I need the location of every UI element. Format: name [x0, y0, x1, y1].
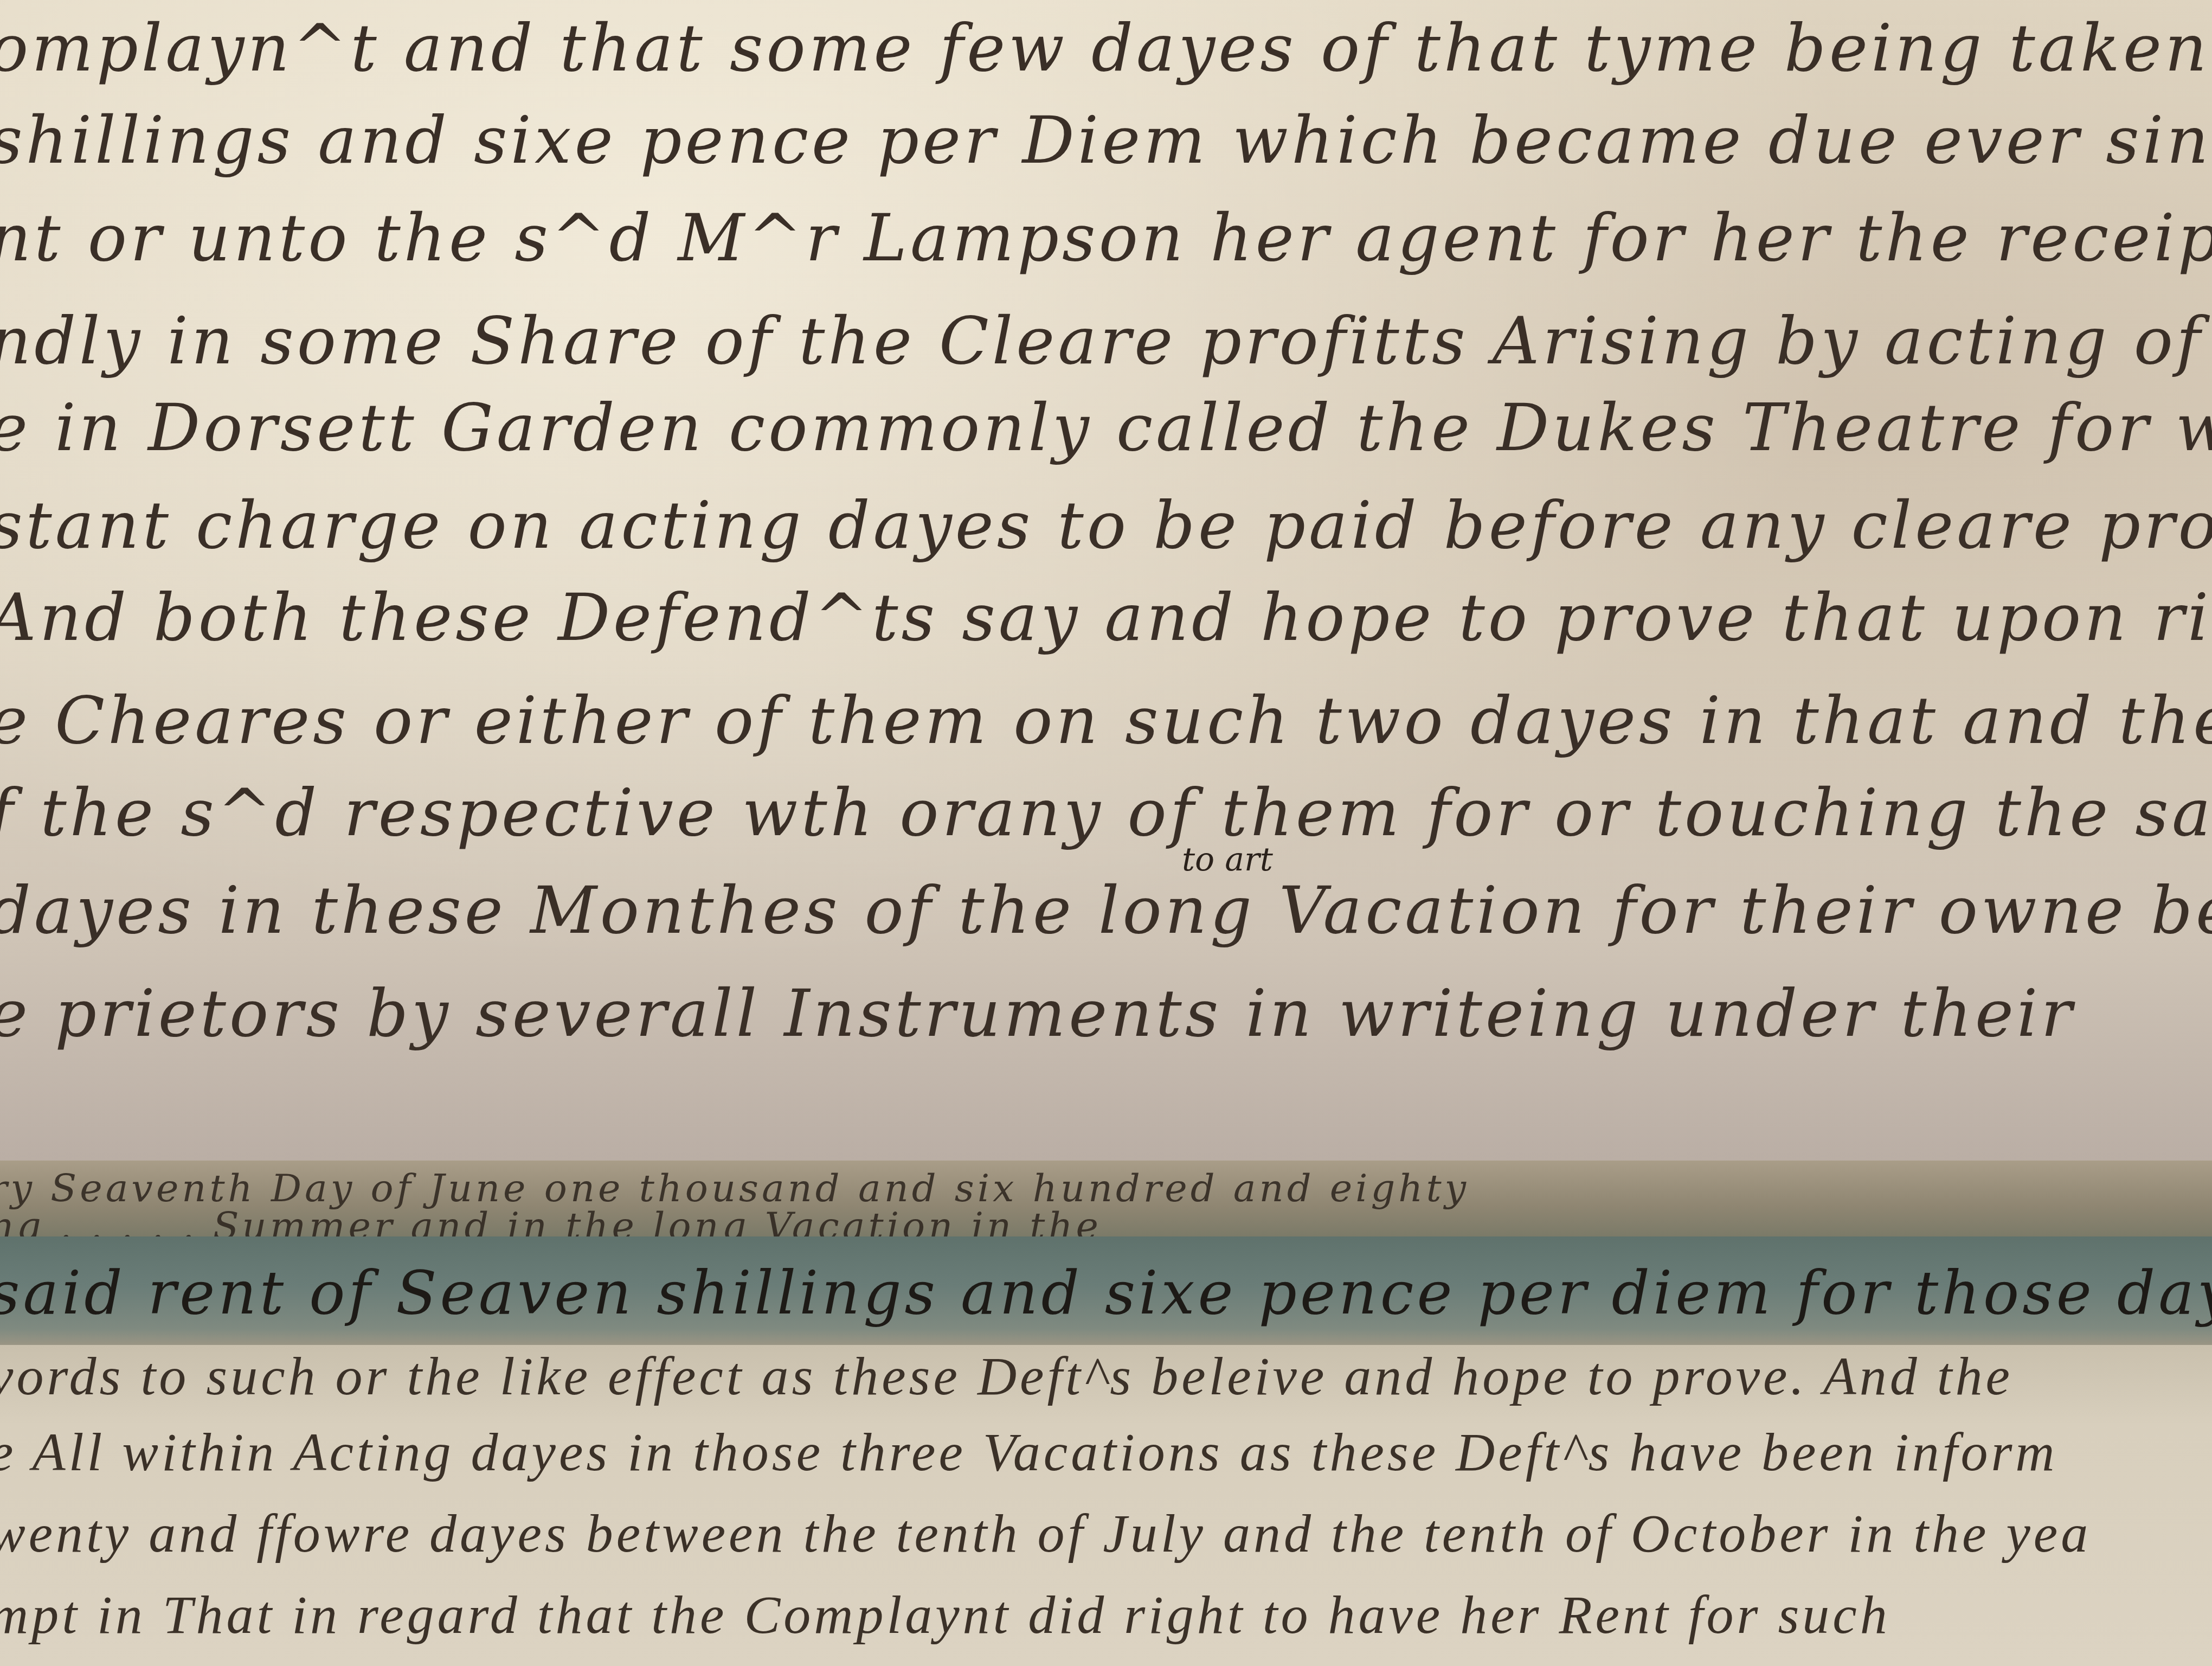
manuscript-line: nt or unto the s^d M^r Lampson her agent…	[0, 201, 2212, 276]
manuscript-line: e All within Acting dayes in those three…	[0, 1421, 2058, 1483]
manuscript-line: shillings and sixe pence per Diem which …	[0, 103, 2212, 178]
manuscript-line: e prietors by severall Instruments in wr…	[0, 976, 2075, 1052]
manuscript-line: omplayn^t and that some few dayes of tha…	[0, 11, 2212, 86]
manuscript-line: ndly in some Share of the Cleare profitt…	[0, 304, 2212, 379]
manuscript-photo: omplayn^t and that some few dayes of tha…	[0, 0, 2212, 1666]
manuscript-line: dayes in these Monthes of the long Vacat…	[0, 873, 2212, 949]
manuscript-line: stant charge on acting dayes to be paid …	[0, 488, 2212, 563]
manuscript-line: f the s^d respective wth orany of them f…	[0, 776, 2212, 851]
manuscript-line: mpt in That in regard that the Complaynt…	[0, 1584, 1891, 1646]
manuscript-line: e Cheares or either of them on such two …	[0, 683, 2212, 759]
upper-page-section: omplayn^t and that some few dayes of tha…	[0, 0, 2212, 1171]
fold-strip: ry Seaventh Day of June one thousand and…	[0, 1161, 2212, 1236]
manuscript-line: wenty and ffowre dayes between the tenth…	[0, 1502, 2091, 1565]
manuscript-line: And both these Defend^ts say and hope to…	[0, 580, 2212, 656]
manuscript-line: said rent of Seaven shillings and sixe p…	[0, 1258, 2212, 1328]
fold-shadow-band: said rent of Seaven shillings and sixe p…	[0, 1236, 2212, 1345]
lower-page-section: vords to such or the like effect as thes…	[0, 1345, 2212, 1666]
manuscript-line: vords to such or the like effect as thes…	[0, 1345, 2013, 1407]
manuscript-line: e in Dorsett Garden commonly called the …	[0, 390, 2212, 466]
